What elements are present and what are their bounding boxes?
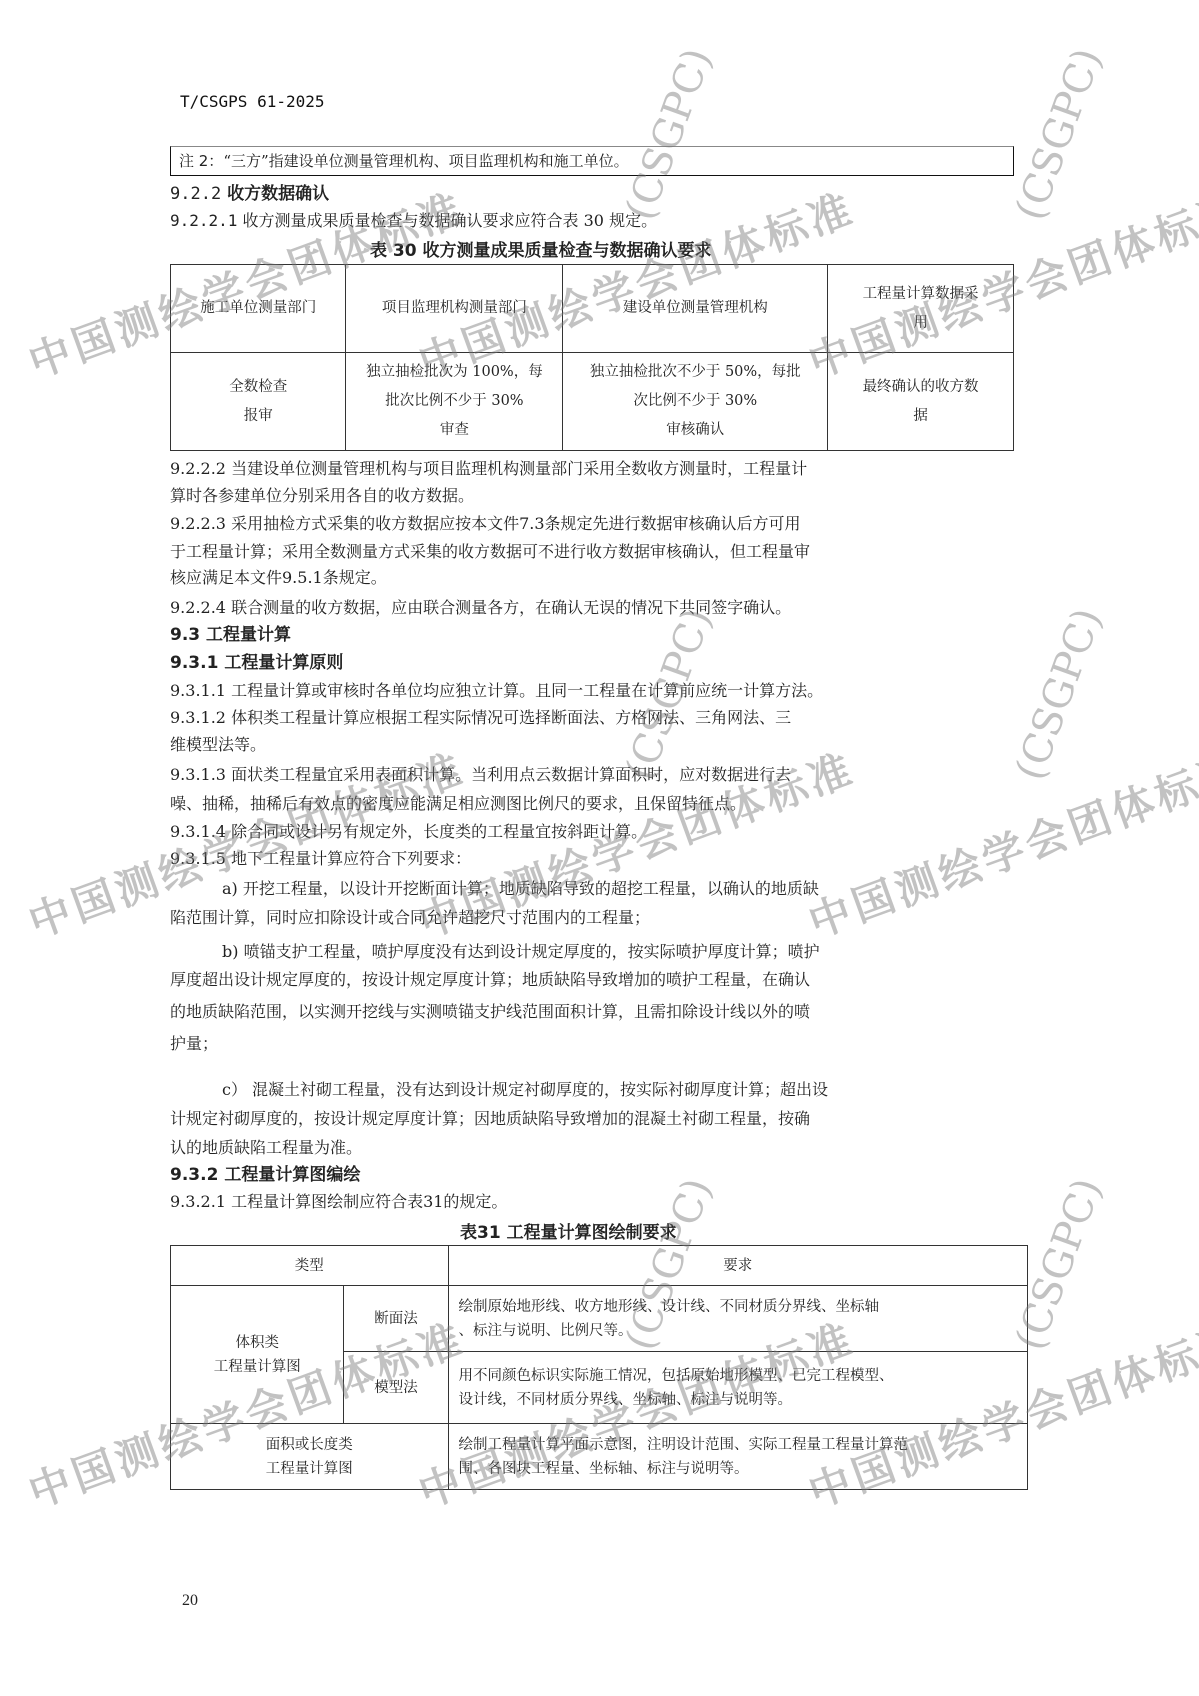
table-30-caption: 表 30 收方测量成果质量检查与数据确认要求 — [370, 236, 712, 261]
table-header-cell: 项目监理机构测量部门 — [346, 265, 563, 353]
section-heading-9-3: 9.3 工程量计算 — [170, 623, 291, 647]
paragraph-9-3-2-1: 9.3.2.1 工程量计算图绘制应符合表31的规定。 — [170, 1190, 507, 1214]
note-text: “三方”指建设单位测量管理机构、项目监理机构和施工单位。 — [223, 152, 628, 170]
table-header-cell: 建设单位测量管理机构 — [563, 265, 828, 353]
table-cell: 独立抽检批次不少于 50%，每批 次比例不少于 30% 审核确认 — [563, 353, 828, 451]
list-item-b-cont: 厚度超出设计规定厚度的，按设计规定厚度计算；地质缺陷导致增加的喷护工程量，在确认 — [170, 968, 810, 992]
table-30: 施工单位测量部门 项目监理机构测量部门 建设单位测量管理机构 工程量计算数据采 … — [170, 264, 1014, 451]
note-label: 注 2： — [179, 152, 223, 170]
note-box: 注 2：“三方”指建设单位测量管理机构、项目监理机构和施工单位。 — [170, 146, 1014, 176]
paragraph-9-3-1-2: 9.3.1.2 体积类工程量计算应根据工程实际情况可选择断面法、方格网法、三角网… — [170, 706, 791, 730]
page-number: 20 — [182, 1592, 198, 1610]
paragraph-9-3-1-2-cont: 维模型法等。 — [170, 733, 266, 757]
section-heading-9-3-2: 9.3.2 工程量计算图编绘 — [170, 1163, 360, 1187]
table-header-cell: 工程量计算数据采 用 — [828, 265, 1014, 353]
table-cell: 面积或长度类 工程量计算图 — [171, 1424, 449, 1490]
table-header-cell: 类型 — [171, 1246, 449, 1286]
paragraph-9-3-1-1: 9.3.1.1 工程量计算或审核时各单位均应独立计算。且同一工程量在计算前应统一… — [170, 679, 823, 703]
paragraph-9-3-1-5: 9.3.1.5 地下工程量计算应符合下列要求： — [170, 847, 471, 871]
table-row: 体积类 工程量计算图 断面法 绘制原始地形线、收方地形线、设计线、不同材质分界线… — [171, 1286, 1028, 1352]
paragraph-9-2-2-4: 9.2.2.4 联合测量的收方数据，应由联合测量各方，在确认无误的情况下共同签字… — [170, 596, 791, 620]
table-header-row: 施工单位测量部门 项目监理机构测量部门 建设单位测量管理机构 工程量计算数据采 … — [171, 265, 1014, 353]
paragraph-9-3-1-4: 9.3.1.4 除合同或设计另有规定外，长度类的工程量宜按斜距计算。 — [170, 820, 647, 844]
table-cell: 绘制原始地形线、收方地形线、设计线、不同材质分界线、坐标轴 、标注与说明、比例尺… — [448, 1286, 1028, 1352]
watermark-text: 中国测绘学会团体标准 — [799, 736, 1199, 950]
table-header-cell: 要求 — [448, 1246, 1028, 1286]
table-31: 类型 要求 体积类 工程量计算图 断面法 绘制原始地形线、收方地形线、设计线、不… — [170, 1245, 1028, 1490]
list-item-c: c） 混凝土衬砌工程量，没有达到设计规定衬砌厚度的，按实际衬砌厚度计算；超出设 — [222, 1078, 828, 1102]
list-item-c-cont: 认的地质缺陷工程量为准。 — [170, 1136, 362, 1160]
table-cell: 独立抽检批次为 100%，每 批次比例不少于 30% 审查 — [346, 353, 563, 451]
paragraph-9-3-1-3: 9.3.1.3 面状类工程量宜采用表面积计算。当利用点云数据计算面积时，应对数据… — [170, 763, 791, 787]
table-row: 面积或长度类 工程量计算图 绘制工程量计算平面示意图，注明设计范围、实际工程量工… — [171, 1424, 1028, 1490]
list-item-a: a) 开挖工程量，以设计开挖断面计算；地质缺陷导致的超挖工程量，以确认的地质缺 — [222, 877, 819, 901]
paragraph-9-3-1-3-cont: 噪、抽稀，抽稀后有效点的密度应能满足相应测图比例尺的要求，且保留特征点。 — [170, 792, 746, 816]
watermark-text: (CSGPC) — [617, 42, 721, 226]
watermark-text: (CSGPC) — [1007, 42, 1111, 226]
table-cell: 最终确认的收方数 据 — [828, 353, 1014, 451]
table-cell: 绘制工程量计算平面示意图，注明设计范围、实际工程量工程量计算范 围、各图块工程量… — [448, 1424, 1028, 1490]
section-heading-9-3-1: 9.3.1 工程量计算原则 — [170, 651, 343, 675]
table-31-caption: 表31 工程量计算图绘制要求 — [460, 1218, 677, 1243]
table-cell: 体积类 工程量计算图 — [171, 1286, 344, 1424]
list-item-b: b) 喷锚支护工程量，喷护厚度没有达到设计规定厚度的，按实际喷护厚度计算；喷护 — [222, 940, 820, 964]
table-header-row: 类型 要求 — [171, 1246, 1028, 1286]
paragraph-9-2-2-3-cont: 核应满足本文件9.5.1条规定。 — [170, 566, 387, 590]
table-cell: 用不同颜色标识实际施工情况，包括原始地形模型、已完工程模型、 设计线，不同材质分… — [448, 1352, 1028, 1424]
table-cell: 断面法 — [344, 1286, 448, 1352]
list-item-b-cont: 护量； — [170, 1032, 218, 1056]
paragraph-9-2-2-1: 9.2.2.1 收方测量成果质量检查与数据确认要求应符合表 30 规定。 — [170, 209, 657, 233]
table-header-cell: 施工单位测量部门 — [171, 265, 346, 353]
paragraph-9-2-2-3-cont: 于工程量计算；采用全数测量方式采集的收方数据可不进行收方数据审核确认，但工程量审 — [170, 540, 810, 564]
watermark-text: (CSGPC) — [1007, 602, 1111, 786]
section-heading-9-2-2: 9.2.2 收方数据确认 — [170, 182, 329, 206]
table-row: 全数检查 报审 独立抽检批次为 100%，每 批次比例不少于 30% 审查 独立… — [171, 353, 1014, 451]
paragraph-9-2-2-3: 9.2.2.3 采用抽检方式采集的收方数据应按本文件7.3条规定先进行数据审核确… — [170, 512, 801, 536]
paragraph-9-2-2-2: 9.2.2.2 当建设单位测量管理机构与项目监理机构测量部门采用全数收方测量时，… — [170, 457, 807, 481]
list-item-b-cont: 的地质缺陷范围，以实测开挖线与实测喷锚支护线范围面积计算，且需扣除设计线以外的喷 — [170, 1000, 810, 1024]
table-cell: 模型法 — [344, 1352, 448, 1424]
list-item-c-cont: 计规定衬砌厚度的，按设计规定厚度计算；因地质缺陷导致增加的混凝土衬砌工程量，按确 — [170, 1107, 810, 1131]
paragraph-9-2-2-2-cont: 算时各参建单位分别采用各自的收方数据。 — [170, 484, 474, 508]
list-item-a-cont: 陷范围计算，同时应扣除设计或合同允许超挖尺寸范围内的工程量； — [170, 906, 650, 930]
document-code: T/CSGPS 61-2025 — [180, 92, 325, 111]
table-cell: 全数检查 报审 — [171, 353, 346, 451]
document-page: T/CSGPS 61-2025 注 2：“三方”指建设单位测量管理机构、项目监理… — [0, 0, 1199, 1696]
